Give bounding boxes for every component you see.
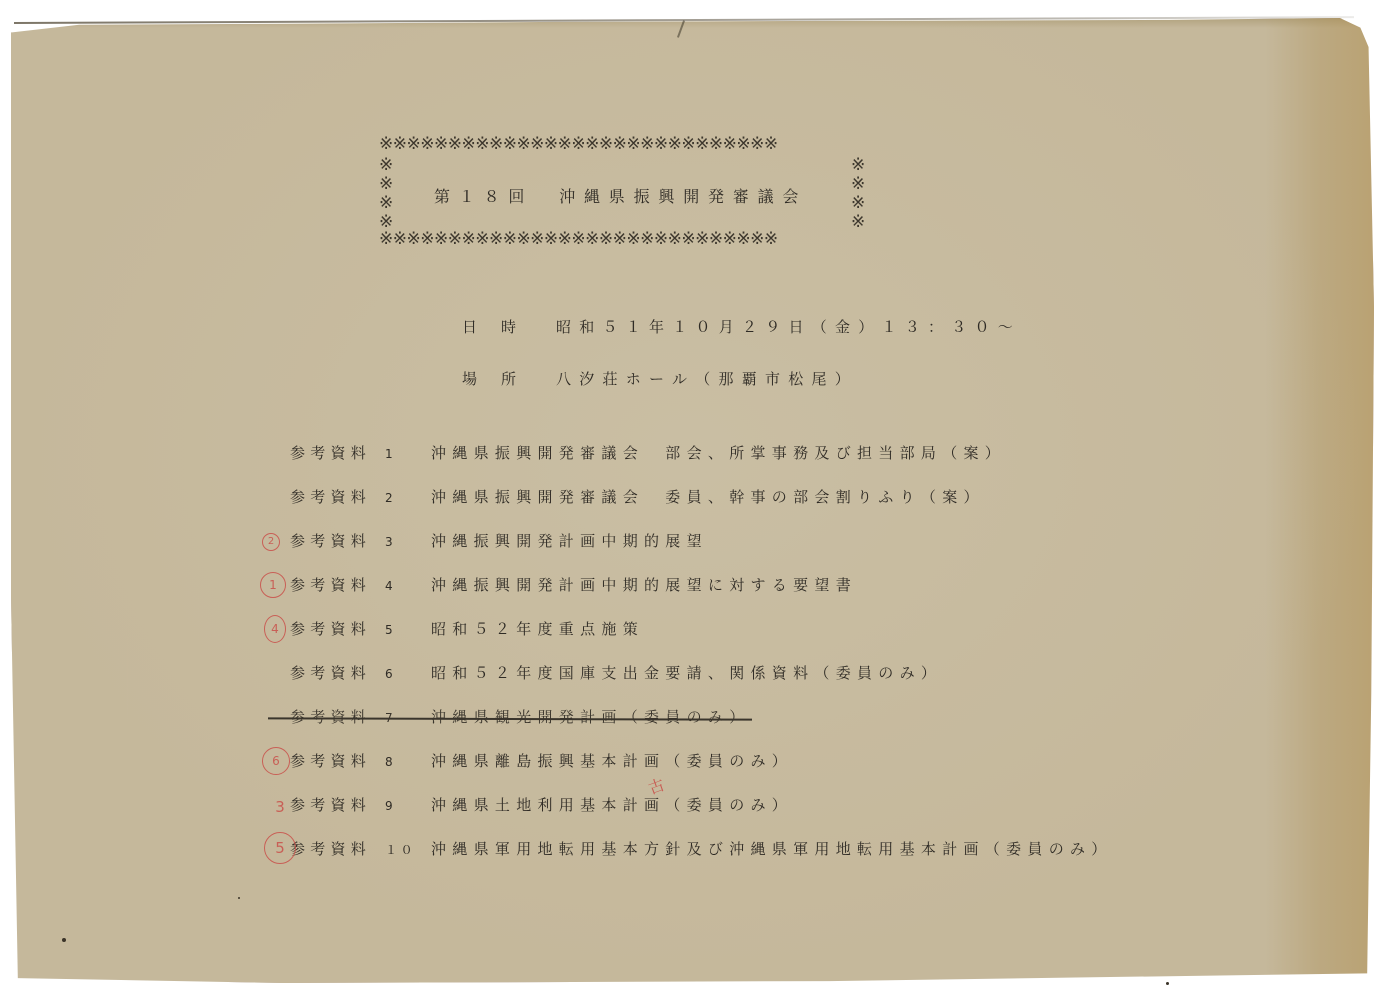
reference-number: 3 — [385, 531, 431, 553]
red-circled-number: 2 — [262, 533, 280, 551]
reference-label: 参考資料 — [290, 574, 385, 596]
meeting-date-row: 日時昭和５１年１０月２９日（金）１３：３０～ — [462, 316, 1021, 337]
reference-label: 参考資料 — [290, 530, 385, 552]
reference-item-8: 参考資料8沖縄県離島振興基本計画（委員のみ） — [290, 750, 793, 772]
reference-item-5: 参考資料5昭和５２年度重点施策 — [290, 618, 644, 640]
reference-item-3: 参考資料3沖縄振興開発計画中期的展望 — [290, 530, 708, 552]
frame-left-border: ※ ※ ※ ※ — [379, 156, 393, 232]
reference-title: 沖縄県振興開発審議会 部会、所掌事務及び担当部局（案） — [431, 444, 1006, 462]
scanned-document: ※※※※※※※※※※※※※※※※※※※※※※※※※※※※※ ※※※※※※※※※※… — [0, 0, 1386, 1000]
reference-label: 参考資料 — [290, 618, 385, 640]
session-number: 第１８回 — [434, 187, 533, 206]
frame-bottom-border: ※※※※※※※※※※※※※※※※※※※※※※※※※※※※※ — [379, 231, 869, 248]
reference-title: 沖縄県土地利用基本計画（委員のみ） — [431, 796, 793, 814]
paper-speck — [1166, 982, 1169, 985]
frame-right-border: ※ ※ ※ ※ — [851, 156, 865, 232]
reference-number: 5 — [385, 619, 431, 641]
reference-number: 1 — [385, 443, 431, 465]
reference-item-4: 参考資料4沖縄振興開発計画中期的展望に対する要望書 — [290, 574, 857, 596]
paper-speck — [62, 938, 66, 942]
reference-title: 沖縄県振興開発審議会 委員、幹事の部会割りふり（案） — [431, 488, 985, 506]
reference-item-10: 参考資料１０沖縄県軍用地転用基本方針及び沖縄県軍用地転用基本計画（委員のみ） — [290, 838, 1113, 860]
reference-label: 参考資料 — [290, 662, 385, 684]
council-name: 沖縄県振興開発審議会 — [559, 187, 807, 206]
reference-number: 6 — [385, 663, 431, 685]
red-circled-number: 3 — [266, 792, 294, 822]
reference-title: 昭和５２年度重点施策 — [431, 620, 644, 638]
place-value: 八汐荘ホール（那覇市松尾） — [556, 370, 858, 388]
reference-label: 参考資料 — [290, 750, 385, 772]
reference-item-9: 参考資料9沖縄県土地利用基本計画（委員のみ） — [290, 794, 793, 816]
reference-title: 沖縄県離島振興基本計画（委員のみ） — [431, 752, 793, 770]
reference-label: 参考資料 — [290, 486, 385, 508]
red-circled-number: 1 — [260, 572, 286, 598]
reference-number: 8 — [385, 751, 431, 773]
red-circled-number: 6 — [262, 747, 290, 775]
paper-speck — [238, 897, 240, 899]
reference-label: 参考資料 — [290, 794, 385, 816]
reference-title: 昭和５２年度国庫支出金要請、関係資料（委員のみ） — [431, 664, 942, 682]
frame-top-border: ※※※※※※※※※※※※※※※※※※※※※※※※※※※※※ — [379, 136, 869, 153]
place-label: 場所 — [462, 368, 556, 389]
reference-item-1: 参考資料1沖縄県振興開発審議会 部会、所掌事務及び担当部局（案） — [290, 442, 1006, 464]
document-title: 第１８回沖縄県振興開発審議会 — [434, 184, 807, 207]
meeting-place-row: 場所八汐荘ホール（那覇市松尾） — [462, 368, 858, 389]
reference-title: 沖縄振興開発計画中期的展望に対する要望書 — [431, 576, 857, 594]
date-value: 昭和５１年１０月２９日（金）１３：３０～ — [556, 318, 1021, 336]
red-circled-number: 4 — [264, 615, 286, 643]
reference-number: 9 — [385, 795, 431, 817]
reference-label: 参考資料 — [290, 838, 385, 860]
red-circled-number: 5 — [264, 832, 296, 864]
reference-title: 沖縄県軍用地転用基本方針及び沖縄県軍用地転用基本計画（委員のみ） — [431, 840, 1113, 858]
reference-number: 2 — [385, 487, 431, 509]
reference-item-2: 参考資料2沖縄県振興開発審議会 委員、幹事の部会割りふり（案） — [290, 486, 985, 508]
reference-number: 4 — [385, 575, 431, 597]
date-label: 日時 — [462, 316, 556, 337]
reference-label: 参考資料 — [290, 442, 385, 464]
reference-title: 沖縄振興開発計画中期的展望 — [431, 532, 708, 550]
reference-number: １０ — [385, 839, 431, 861]
reference-item-6: 参考資料6昭和５２年度国庫支出金要請、関係資料（委員のみ） — [290, 662, 942, 684]
